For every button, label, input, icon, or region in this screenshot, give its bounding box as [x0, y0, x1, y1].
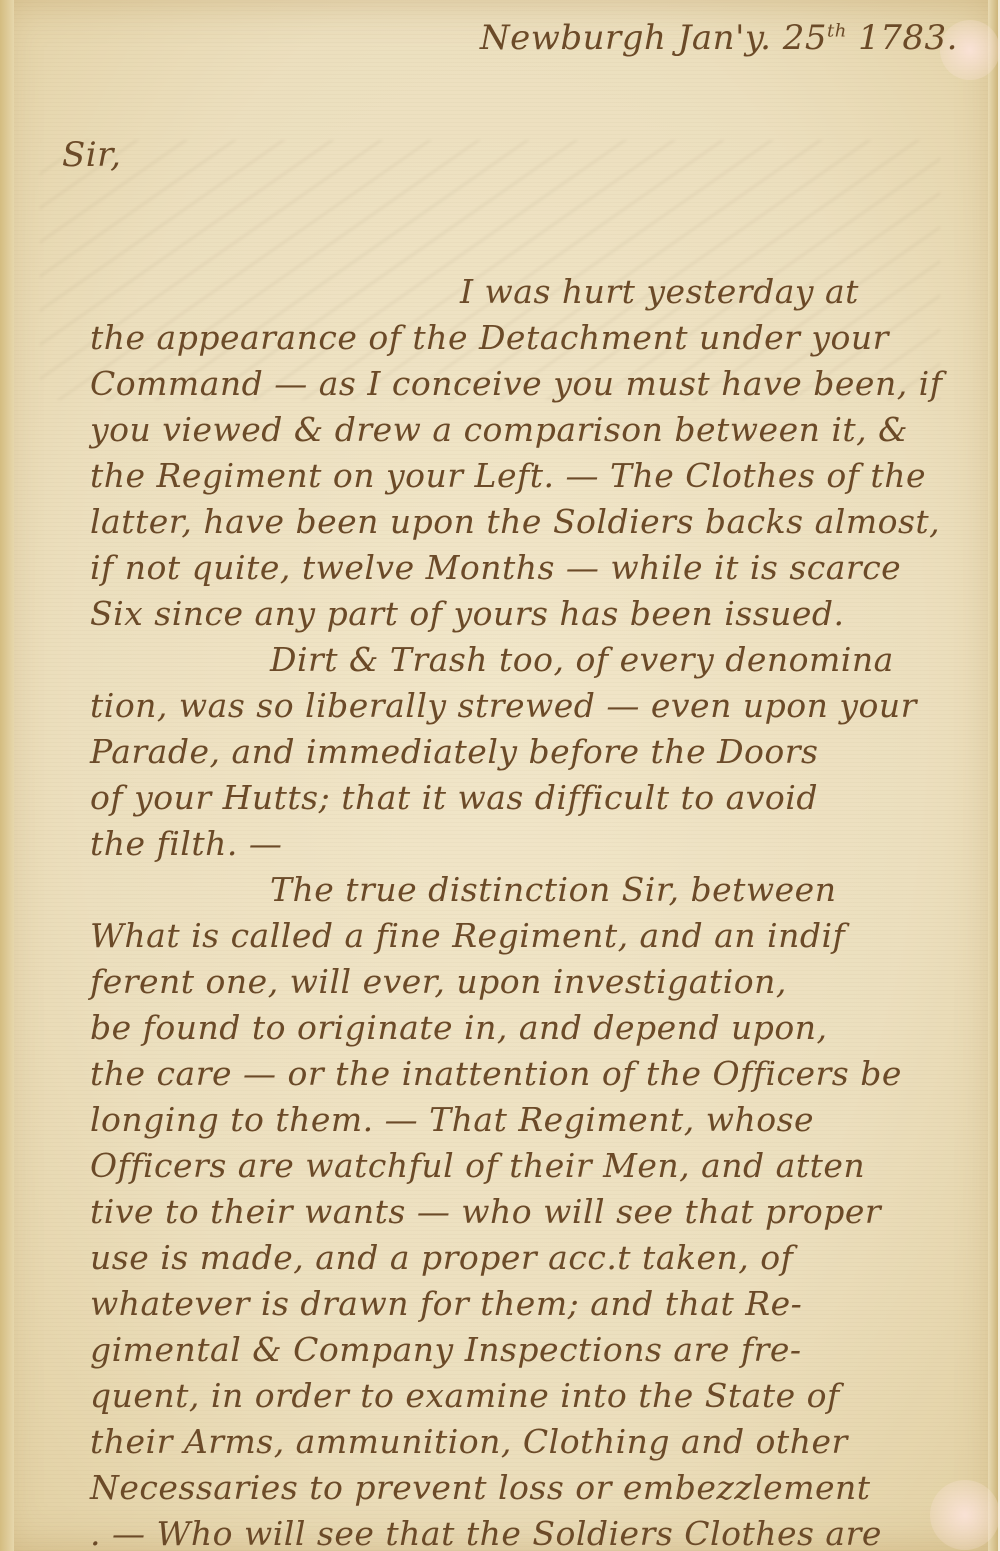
- letter-line: longing to them. — That Regiment, whose: [90, 1100, 814, 1139]
- letter-line: their Arms, ammunition, Clothing and oth…: [90, 1422, 848, 1461]
- letter-line: ferent one, will ever, upon investigatio…: [90, 962, 787, 1001]
- letter-line: be found to originate in, and depend upo…: [90, 1008, 828, 1047]
- dateline-month: Jan'y.: [678, 18, 772, 58]
- paper-left-edge: [0, 0, 14, 1551]
- letter-line: . — Who will see that the Soldiers Cloth…: [90, 1514, 882, 1551]
- letter-line: gimental & Company Inspections are fre-: [90, 1330, 802, 1369]
- letter-line: if not quite, twelve Months — while it i…: [90, 548, 901, 587]
- letter-line: whatever is drawn for them; and that Re-: [90, 1284, 802, 1323]
- letter-line: the care — or the inattention of the Off…: [90, 1054, 902, 1093]
- letter-line: the appearance of the Detachment under y…: [90, 318, 889, 357]
- dateline: Newburgh Jan'y. 25th 1783.: [480, 18, 958, 58]
- letter-line: Six since any part of yours has been iss…: [90, 594, 845, 633]
- letter-line: Officers are watchful of their Men, and …: [90, 1146, 865, 1185]
- dateline-day: 25: [783, 18, 827, 58]
- ink-bleed-through: [40, 140, 940, 400]
- letter-page: Newburgh Jan'y. 25th 1783. Sir, I was hu…: [0, 0, 998, 1551]
- letter-line: Command — as I conceive you must have be…: [90, 364, 942, 403]
- letter-line: I was hurt yesterday at: [460, 272, 859, 311]
- letter-line: Necessaries to prevent loss or embezzlem…: [90, 1468, 871, 1507]
- letter-line: The true distinction Sir, between: [270, 870, 836, 909]
- letter-line: latter, have been upon the Soldiers back…: [90, 502, 940, 541]
- letter-line: Parade, and immediately before the Doors: [90, 732, 819, 771]
- letter-line: quent, in order to examine into the Stat…: [90, 1376, 840, 1415]
- letter-line: the Regiment on your Left. — The Clothes…: [90, 456, 926, 495]
- dateline-place: Newburgh: [480, 18, 667, 58]
- letter-line: the filth. —: [90, 824, 282, 863]
- letter-line: What is called a fine Regiment, and an i…: [90, 916, 845, 955]
- dateline-day-suffix: th: [827, 21, 847, 42]
- letter-line: you viewed & drew a comparison between i…: [90, 410, 908, 449]
- letter-line: Dirt & Trash too, of every denomina: [270, 640, 894, 679]
- dateline-year: 1783.: [858, 18, 958, 58]
- letter-line: tive to their wants — who will see that …: [90, 1192, 881, 1231]
- letter-line: tion, was so liberally strewed — even up…: [90, 686, 917, 725]
- salutation: Sir,: [62, 135, 122, 175]
- letter-line: of your Hutts; that it was difficult to …: [90, 778, 818, 817]
- paper-right-edge: [988, 0, 998, 1551]
- paper-stain: [930, 1480, 1000, 1550]
- letter-line: use is made, and a proper acc.t taken, o…: [90, 1238, 793, 1277]
